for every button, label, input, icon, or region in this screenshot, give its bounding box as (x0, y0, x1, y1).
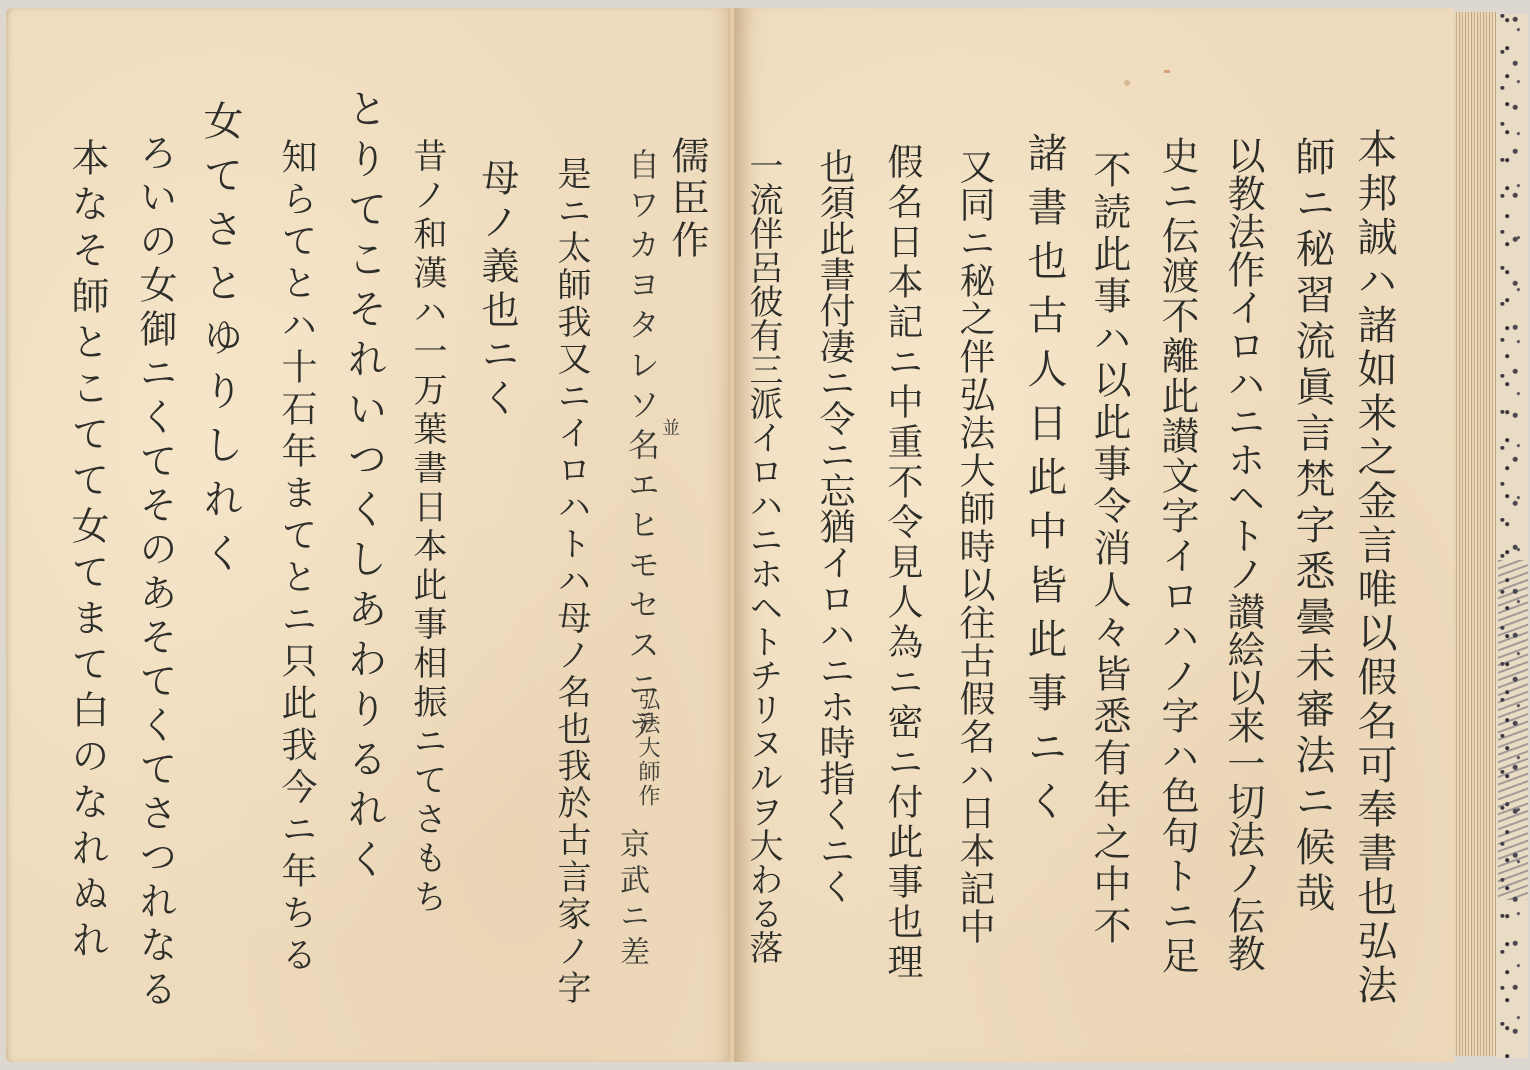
left-column-7: 女てさとゆりしれく (200, 100, 240, 586)
left-page: 儒臣作 自ワカヨタレソ名エヒモセスニテ 並 弘法大師作 京武ニ差 是ニ太師我又ニ… (6, 8, 734, 1062)
right-column-4: 史ニ伝渡不離此讃文字イロハノ字ハ色句トニ足 (1158, 136, 1196, 976)
right-column-3: 以教法作イロハニホヘトノ讃絵以来一切法ノ伝教 (1224, 136, 1262, 972)
right-column-8: 假名日本記ニ中重不令見人為ニ密ニ付此事也理 (884, 143, 920, 983)
attribution-note: 弘法大師作 (636, 688, 658, 808)
right-page: 本邦誠ハ諸如来之金言唯以假名可奉書也弘法 師ニ秘習流眞言梵字悉曇未審法ニ候哉 以… (734, 8, 1454, 1062)
right-column-7: 又同ニ秘之伴弘法大師時以往古假名ハ日本記中 (956, 148, 992, 946)
left-column-6: 知らてとハ十石年まてとニ只此我今ニ年ちる (278, 138, 314, 978)
right-column-10: 一流伴呂彼有三派イロハニホヘトチリヌルヲ大わる落 (746, 148, 780, 964)
left-page-heading: 儒臣作 (668, 136, 706, 262)
right-column-5: 不読此事ハ以此事令消人々皆悉有年之中不 (1090, 150, 1128, 948)
book-photograph: 儒臣作 自ワカヨタレソ名エヒモセスニテ 並 弘法大師作 京武ニ差 是ニ太師我又ニ… (0, 0, 1530, 1070)
left-column-8: ろいの女御ニくてそのあそてくてさつれなる (136, 133, 174, 1013)
right-column-1: 本邦誠ハ諸如来之金言唯以假名可奉書也弘法 (1354, 128, 1394, 1008)
speckled-cover (1496, 14, 1528, 1058)
page-edges-stack (1454, 12, 1496, 1056)
left-column-2: 是ニ太師我又ニイロハトハ母ノ名也我於古言家ノ字 (554, 156, 588, 1007)
right-column-9: 也須此書付凄ニ令ニ忘猶イロハニホ時指くニく (816, 148, 852, 904)
cover-pattern (1498, 560, 1528, 900)
left-column-4: 昔ノ和漢ハ一万葉書日本此事相振ニてさもち (410, 138, 444, 918)
ink-spot (1124, 80, 1130, 86)
left-column-5: とりてこそれいつくしあわりるれく (344, 88, 384, 888)
right-column-6: 諸書也古人日此中皆此事ニく (1024, 132, 1064, 834)
small-note-mark: 並 (660, 418, 678, 438)
left-column-9: 本なそ師とこてて女てまて白のなれぬれ (68, 138, 106, 966)
right-column-2: 師ニ秘習流眞言梵字悉曇未審法ニ候哉 (1292, 136, 1332, 918)
left-column-3: 母ノ義也ニく (478, 158, 516, 422)
left-column-1: 自ワカヨタレソ名エヒモセスニテ (626, 148, 658, 748)
red-mark (1164, 70, 1170, 73)
place-note: 京武ニ差 (616, 828, 646, 972)
